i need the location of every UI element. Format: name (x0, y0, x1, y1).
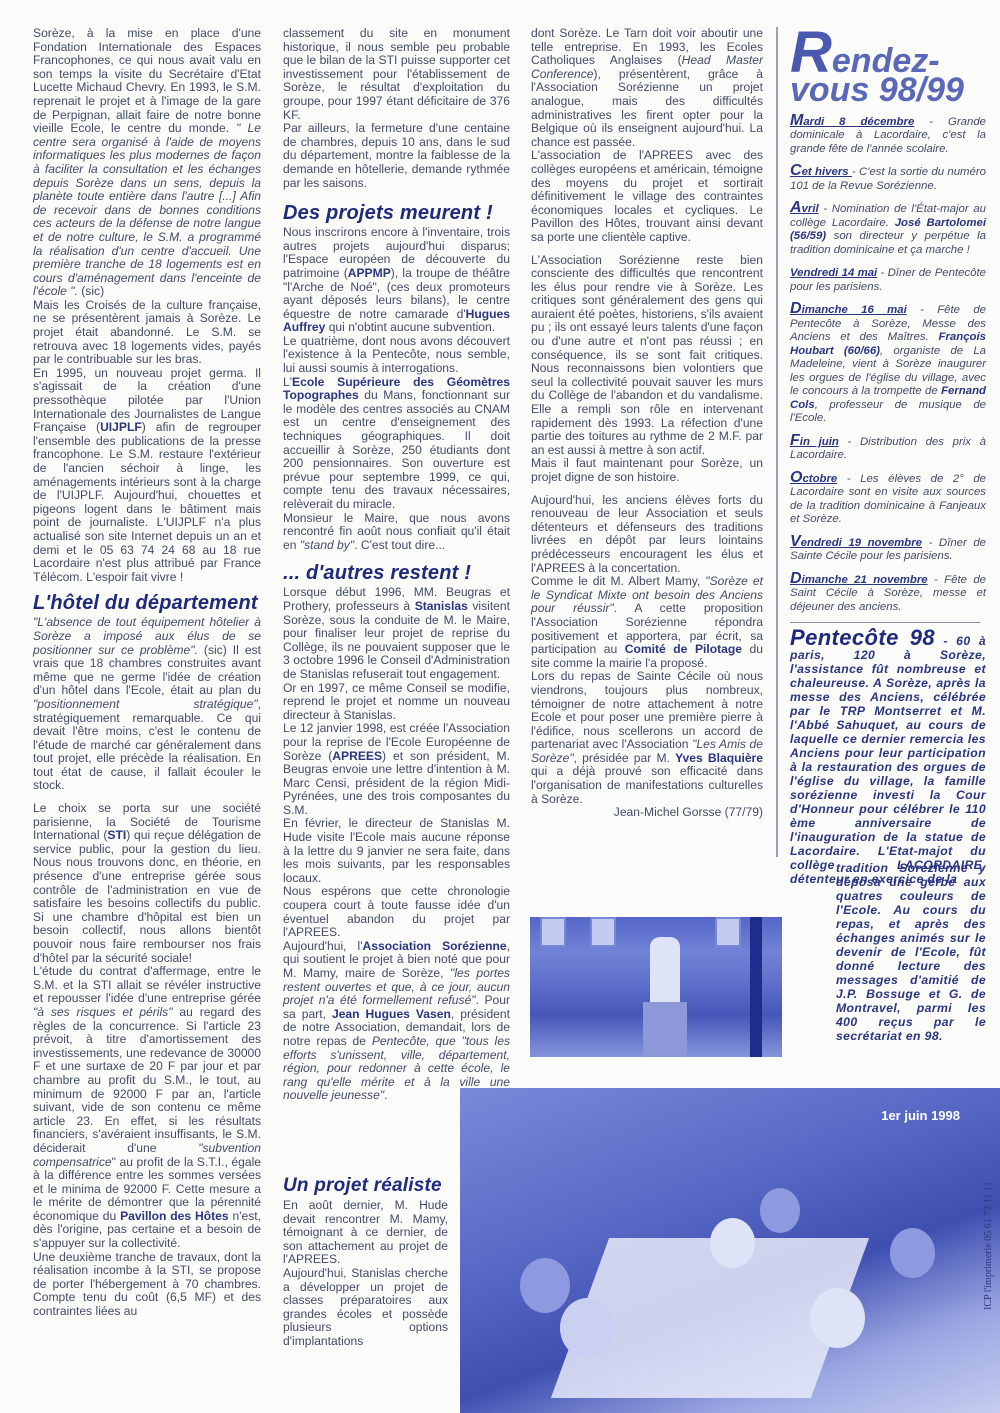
paragraph: "L'absence de tout équipement hôtelier à… (33, 616, 261, 793)
paragraph: Le choix se porta sur une société parisi… (33, 802, 261, 965)
paragraph: Le 12 janvier 1998, est créée l'Associat… (283, 722, 510, 817)
paragraph: Or en 1997, ce même Conseil se modifie, … (283, 682, 510, 723)
paragraph: Comme le dit M. Albert Mamy, "Sorèze et … (531, 575, 763, 670)
photo-caption: 1er juin 1998 (881, 1108, 960, 1123)
printer-credit: ICP l'imprimerie 05 61 72 11 11 (983, 1100, 997, 1310)
paragraph: Par ailleurs, la fermeture d'une centain… (283, 122, 510, 190)
paragraph: En 1995, un nouveau projet germa. Il s'a… (33, 367, 261, 585)
paragraph: En août dernier, M. Hude devait rencontr… (283, 1199, 448, 1267)
event-item: Cet hivers - C'est la sortie du numéro 1… (790, 164, 986, 193)
paragraph: Lors du repas de Sainte Cécile où nous v… (531, 670, 763, 806)
paragraph: Sorèze, à la mise en place d'une Fondati… (33, 27, 261, 299)
person-shape (890, 1228, 935, 1278)
person-shape (520, 1258, 570, 1313)
paragraph: L'association de l'APREES avec des collè… (531, 149, 763, 244)
window-shape (540, 917, 566, 947)
event-item: Fin juin - Distribution des prix à Lacor… (790, 434, 986, 463)
paragraph: classement du site en monument historiqu… (283, 27, 510, 122)
event-item: Vendredi 14 mai - Dîner de Pentecôte pou… (790, 265, 986, 294)
paragraph: Aujourd'hui, Stanislas cherche a dévelop… (283, 1267, 448, 1349)
section-heading-autres-restent: ... d'autres restent ! (283, 562, 510, 584)
person-shape (810, 1288, 865, 1348)
paragraph: Mais les Croisés de la culture française… (33, 299, 261, 367)
section-heading-projets-meurent: Des projets meurent ! (283, 202, 510, 224)
pedestal-shape (643, 1002, 687, 1057)
photo-statue-lacordaire (530, 917, 782, 1057)
article-column-2-bottom: Un projet réaliste En août dernier, M. H… (283, 1175, 448, 1349)
paragraph: Nous inscrirons encore à l'inventaire, t… (283, 226, 510, 335)
paragraph: Une deuxième tranche de travaux, dont la… (33, 1251, 261, 1319)
article-column-3: dont Sorèze. Le Tarn doit voir aboutir u… (531, 27, 763, 820)
paragraph: Le quatrième, dont nous avons découvert … (283, 335, 510, 376)
paragraph: En février, le directeur de Stanislas M.… (283, 817, 510, 885)
author-signature: Jean-Michel Gorsse (77/79) (531, 806, 763, 820)
divider (790, 622, 980, 623)
paragraph: Monsieur le Maire, que nous avons rencon… (283, 512, 510, 553)
sidebar-title: Rendez- vous 98/99 (790, 27, 986, 106)
person-shape (560, 1298, 615, 1358)
window-shape (590, 917, 616, 947)
section-heading-hotel: L'hôtel du département (33, 592, 261, 614)
paragraph: L'étude du contrat d'affermage, entre le… (33, 965, 261, 1250)
photo-dinner-banquet: 1er juin 1998 (460, 1088, 1000, 1413)
paragraph: Lorsque début 1996, MM. Beugras et Proth… (283, 586, 510, 681)
flag-shape (750, 917, 762, 1057)
paragraph: Aujourd'hui, l'Association Sorézienne, q… (283, 940, 510, 1103)
article-column-1: Sorèze, à la mise en place d'une Fondati… (33, 27, 261, 1319)
event-item: Dimanche 21 novembre - Fête de Saint Céc… (790, 572, 986, 615)
paragraph: dont Sorèze. Le Tarn doit voir aboutir u… (531, 27, 763, 149)
paragraph: L'Ecole Supérieure des Géomètres Topogra… (283, 376, 510, 512)
paragraph: Nous espérons que cette chronologie coup… (283, 885, 510, 939)
event-item: Octobre - Les élèves de 2° de Lacordaire… (790, 471, 986, 527)
pentecote-report: Pentecôte 98 - 60 à paris, 120 à Sorèze,… (790, 631, 986, 886)
paragraph: Aujourd'hui, les anciens élèves forts du… (531, 494, 763, 576)
window-shape (715, 917, 741, 947)
section-heading-projet-realiste: Un projet réaliste (283, 1175, 448, 1197)
rendez-vous-sidebar: Rendez- vous 98/99 Mardi 8 décembre - Gr… (776, 27, 986, 857)
event-item: Vendredi 19 novembre - Dîner de Sainte C… (790, 535, 986, 564)
event-item: Avril - Nomination de l'État-major au co… (790, 201, 986, 257)
article-column-2: classement du site en monument historiqu… (283, 27, 510, 1103)
paragraph: L'Association Sorézienne reste bien cons… (531, 254, 763, 458)
event-item: Mardi 8 décembre - Grande dominicale à L… (790, 114, 986, 157)
person-shape (710, 1218, 755, 1268)
statue-shape (650, 937, 680, 1007)
paragraph: Mais il faut maintenant pour Sorèze, un … (531, 457, 763, 484)
pentecote-report-continued: tradition Sorézienne y déposa une gerbe … (836, 861, 986, 1043)
person-shape (760, 1188, 800, 1233)
event-item: Dimanche 16 mai - Fête de Pentecôte à So… (790, 302, 986, 426)
